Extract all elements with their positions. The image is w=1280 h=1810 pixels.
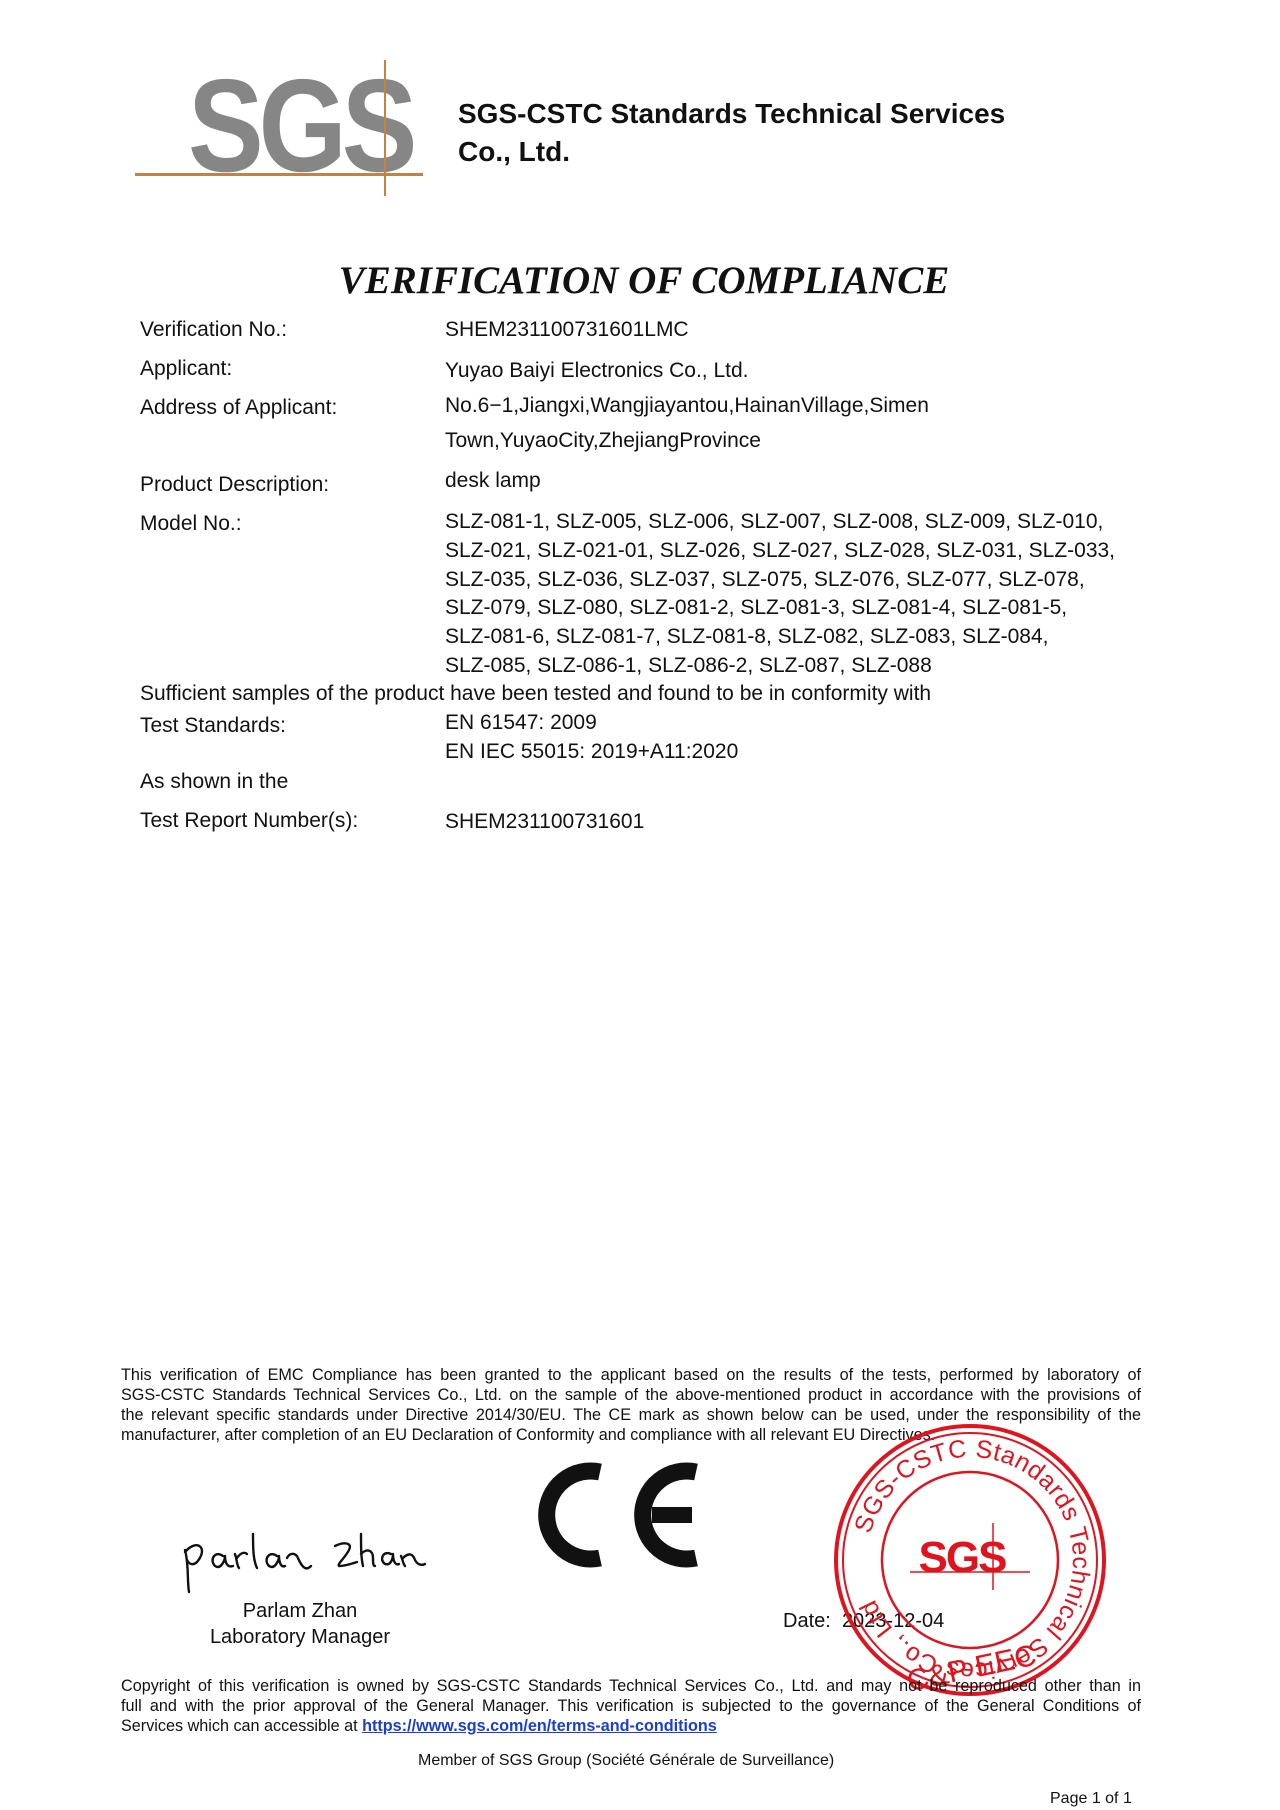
ce-mark-icon — [530, 1460, 710, 1570]
model-line: SLZ-079, SLZ-080, SLZ-081-2, SLZ-081-3, … — [445, 594, 1165, 623]
logo-horizontal-rule — [135, 173, 423, 176]
verification-no-label: Verification No.: — [140, 318, 287, 342]
address-value-line1: No.6−1,Jiangxi,Wangjiayantou,HainanVilla… — [445, 394, 929, 418]
copyright-line: Copyright of this verification is owned … — [121, 1676, 1141, 1696]
product-value: desk lamp — [445, 469, 541, 493]
shown-in-label: As shown in the — [140, 770, 288, 794]
model-line: SLZ-081-1, SLZ-005, SLZ-006, SLZ-007, SL… — [445, 508, 1165, 537]
terms-link[interactable]: https://www.sgs.com/en/terms-and-conditi… — [362, 1717, 717, 1735]
verification-no-value: SHEM231100731601LMC — [445, 318, 689, 342]
page-number: Page 1 of 1 — [1050, 1790, 1132, 1808]
company-name-line1: SGS-CSTC Standards Technical Services — [458, 95, 1005, 133]
signatory-role: Laboratory Manager — [180, 1624, 420, 1650]
signatory-name: Parlam Zhan — [180, 1598, 420, 1624]
date-label: Date: — [783, 1610, 831, 1632]
company-name-line2: Co., Ltd. — [458, 133, 1005, 171]
emc-line: This verification of EMC Compliance has … — [121, 1365, 1141, 1385]
sgs-stamp-seal: SGS-CSTC Standards Technical Services Co… — [830, 1420, 1110, 1700]
model-line: SLZ-021, SLZ-021-01, SLZ-026, SLZ-027, S… — [445, 537, 1165, 566]
model-list: SLZ-081-1, SLZ-005, SLZ-006, SLZ-007, SL… — [445, 508, 1165, 681]
applicant-value: Yuyao Baiyi Electronics Co., Ltd. — [445, 359, 749, 383]
copyright-line: full and with the prior approval of the … — [121, 1696, 1141, 1716]
copyright-prefix: Services which can accessible at — [121, 1717, 362, 1735]
product-label: Product Description: — [140, 473, 329, 497]
copyright-line: Services which can accessible at https:/… — [121, 1716, 1141, 1736]
signatory: Parlam Zhan Laboratory Manager — [180, 1598, 420, 1650]
address-label: Address of Applicant: — [140, 396, 337, 420]
signature-scribble — [175, 1520, 435, 1600]
model-line: SLZ-081-6, SLZ-081-7, SLZ-081-8, SLZ-082… — [445, 623, 1165, 652]
document-title: VERIFICATION OF COMPLIANCE — [0, 258, 1280, 303]
standard-item: EN IEC 55015: 2019+A11:2020 — [445, 740, 738, 764]
logo-vertical-rule — [384, 60, 386, 196]
standards-label: Test Standards: — [140, 714, 286, 738]
company-name: SGS-CSTC Standards Technical Services Co… — [458, 95, 1005, 171]
report-label: Test Report Number(s): — [140, 809, 358, 833]
group-membership: Member of SGS Group (Société Générale de… — [418, 1752, 834, 1770]
model-line: SLZ-035, SLZ-036, SLZ-037, SLZ-075, SLZ-… — [445, 566, 1165, 595]
applicant-label: Applicant: — [140, 357, 232, 381]
model-label: Model No.: — [140, 512, 242, 536]
document-title-text: VERIFICATION OF COMPLIANCE — [339, 258, 949, 303]
report-value: SHEM231100731601 — [445, 810, 644, 834]
copyright-paragraph: Copyright of this verification is owned … — [121, 1676, 1141, 1756]
emc-line: SGS-CSTC Standards Technical Services Co… — [121, 1385, 1141, 1405]
conformity-statement: Sufficient samples of the product have b… — [140, 682, 931, 706]
address-value-line2: Town,YuyaoCity,ZhejiangProvince — [445, 429, 761, 453]
model-line: SLZ-085, SLZ-086-1, SLZ-086-2, SLZ-087, … — [445, 652, 1165, 681]
standard-item: EN 61547: 2009 — [445, 711, 597, 735]
